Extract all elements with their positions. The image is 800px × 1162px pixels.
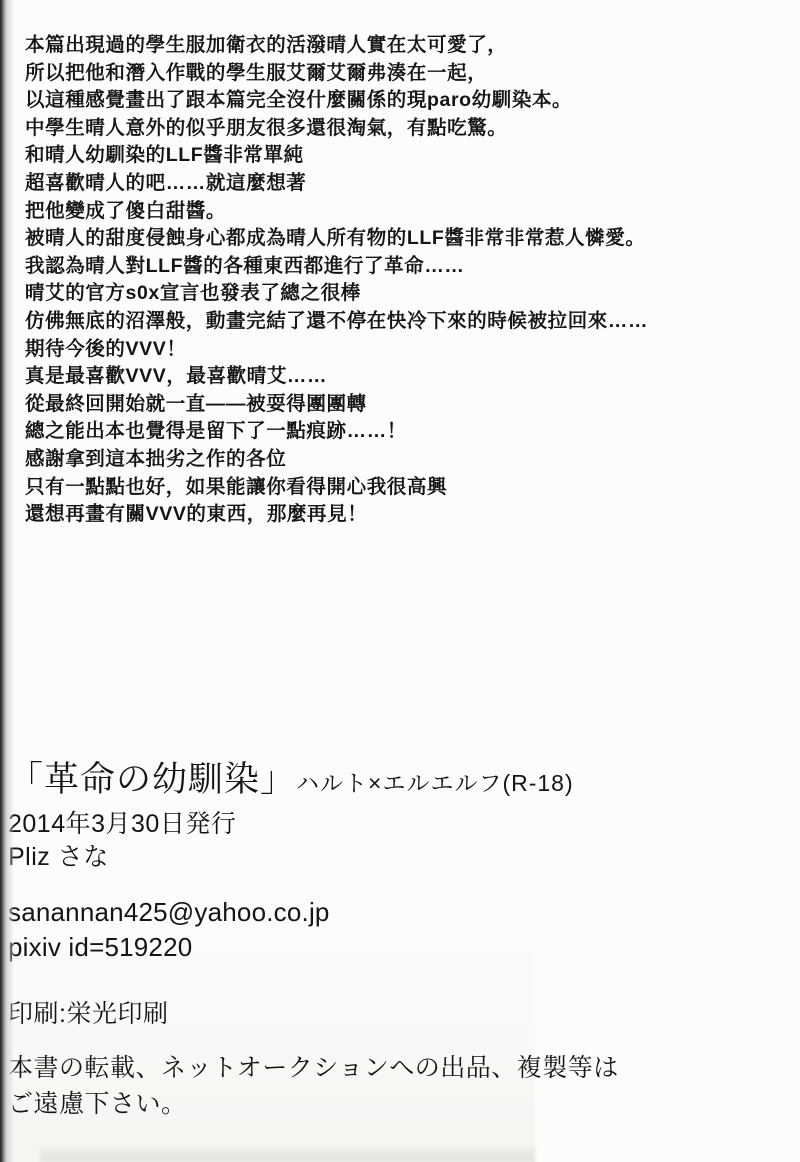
afterword-line: 從最終回開始就一直——被耍得團團轉 [25, 391, 625, 419]
afterword-line: 本篇出現過的學生服加衛衣的活潑晴人實在太可愛了， [25, 32, 625, 60]
scan-smudge [40, 1144, 535, 1162]
afterword-line: 和晴人幼馴染的LLF醬非常單純 [25, 142, 625, 170]
reproduction-notice: 本書の転載、ネットオークションへの出品、複製等は ご遠慮下さい。 [8, 1050, 619, 1122]
afterword-line: 被晴人的甜度侵蝕身心都成為晴人所有物的LLF醬非常非常惹人憐愛。 [25, 225, 625, 253]
afterword-line: 真是最喜歡VVV，最喜歡晴艾…… [25, 363, 625, 391]
afterword-line: 仿佛無底的沼澤般，動畫完結了還不停在快冷下來的時候被拉回來…… [25, 308, 625, 336]
circle-author: Pliz さな [8, 837, 109, 873]
afterword-line: 期待今後的VVV！ [25, 336, 625, 364]
doujin-title: 「革命の幼馴染」 [8, 760, 296, 799]
scanned-afterword-page: 本篇出現過的學生服加衛衣的活潑晴人實在太可愛了， 所以把他和潛入作戰的學生服艾爾… [0, 0, 800, 1162]
afterword-line: 以這種感覺畫出了跟本篇完全沒什麼關係的現paro幼馴染本。 [25, 87, 625, 115]
afterword-line: 總之能出本也覺得是留下了一點痕跡……！ [25, 418, 625, 446]
afterword-line: 把他變成了傻白甜醬。 [25, 198, 625, 226]
contact-email: sanannan425@yahoo.co.jp [8, 897, 330, 928]
printer-info: 印刷:栄光印刷 [8, 994, 168, 1030]
afterword-line: 晴艾的官方s0x宣言也發表了總之很棒 [25, 280, 625, 308]
reproduction-notice-line: ご遠慮下さい。 [8, 1086, 619, 1122]
afterword-line: 超喜歡晴人的吧……就這麼想著 [25, 170, 625, 198]
pairing-label: ハルト×エルエルフ(R-18) [296, 770, 574, 796]
reproduction-notice-line: 本書の転載、ネットオークションへの出品、複製等は [8, 1050, 619, 1086]
afterword-paragraph: 本篇出現過的學生服加衛衣的活潑晴人實在太可愛了， 所以把他和潛入作戰的學生服艾爾… [25, 32, 625, 529]
colophon-title-row: 「革命の幼馴染」ハルト×エルエルフ(R-18) [8, 752, 574, 802]
publish-date: 2014年3月30日発行 [8, 804, 236, 840]
pixiv-id: pixiv id=519220 [8, 932, 192, 963]
afterword-line: 中學生晴人意外的似乎朋友很多還很淘氣，有點吃驚。 [25, 115, 625, 143]
afterword-line: 還想再畫有關VVV的東西，那麼再見！ [25, 501, 625, 529]
afterword-line: 我認為晴人對LLF醬的各種東西都進行了革命…… [25, 253, 625, 281]
afterword-line: 感謝拿到這本拙劣之作的各位 [25, 446, 625, 474]
afterword-line: 只有一點點也好，如果能讓你看得開心我很高興 [25, 474, 625, 502]
scan-edge-shadow [0, 0, 14, 1162]
afterword-line: 所以把他和潛入作戰的學生服艾爾艾爾弗湊在一起， [25, 60, 625, 88]
